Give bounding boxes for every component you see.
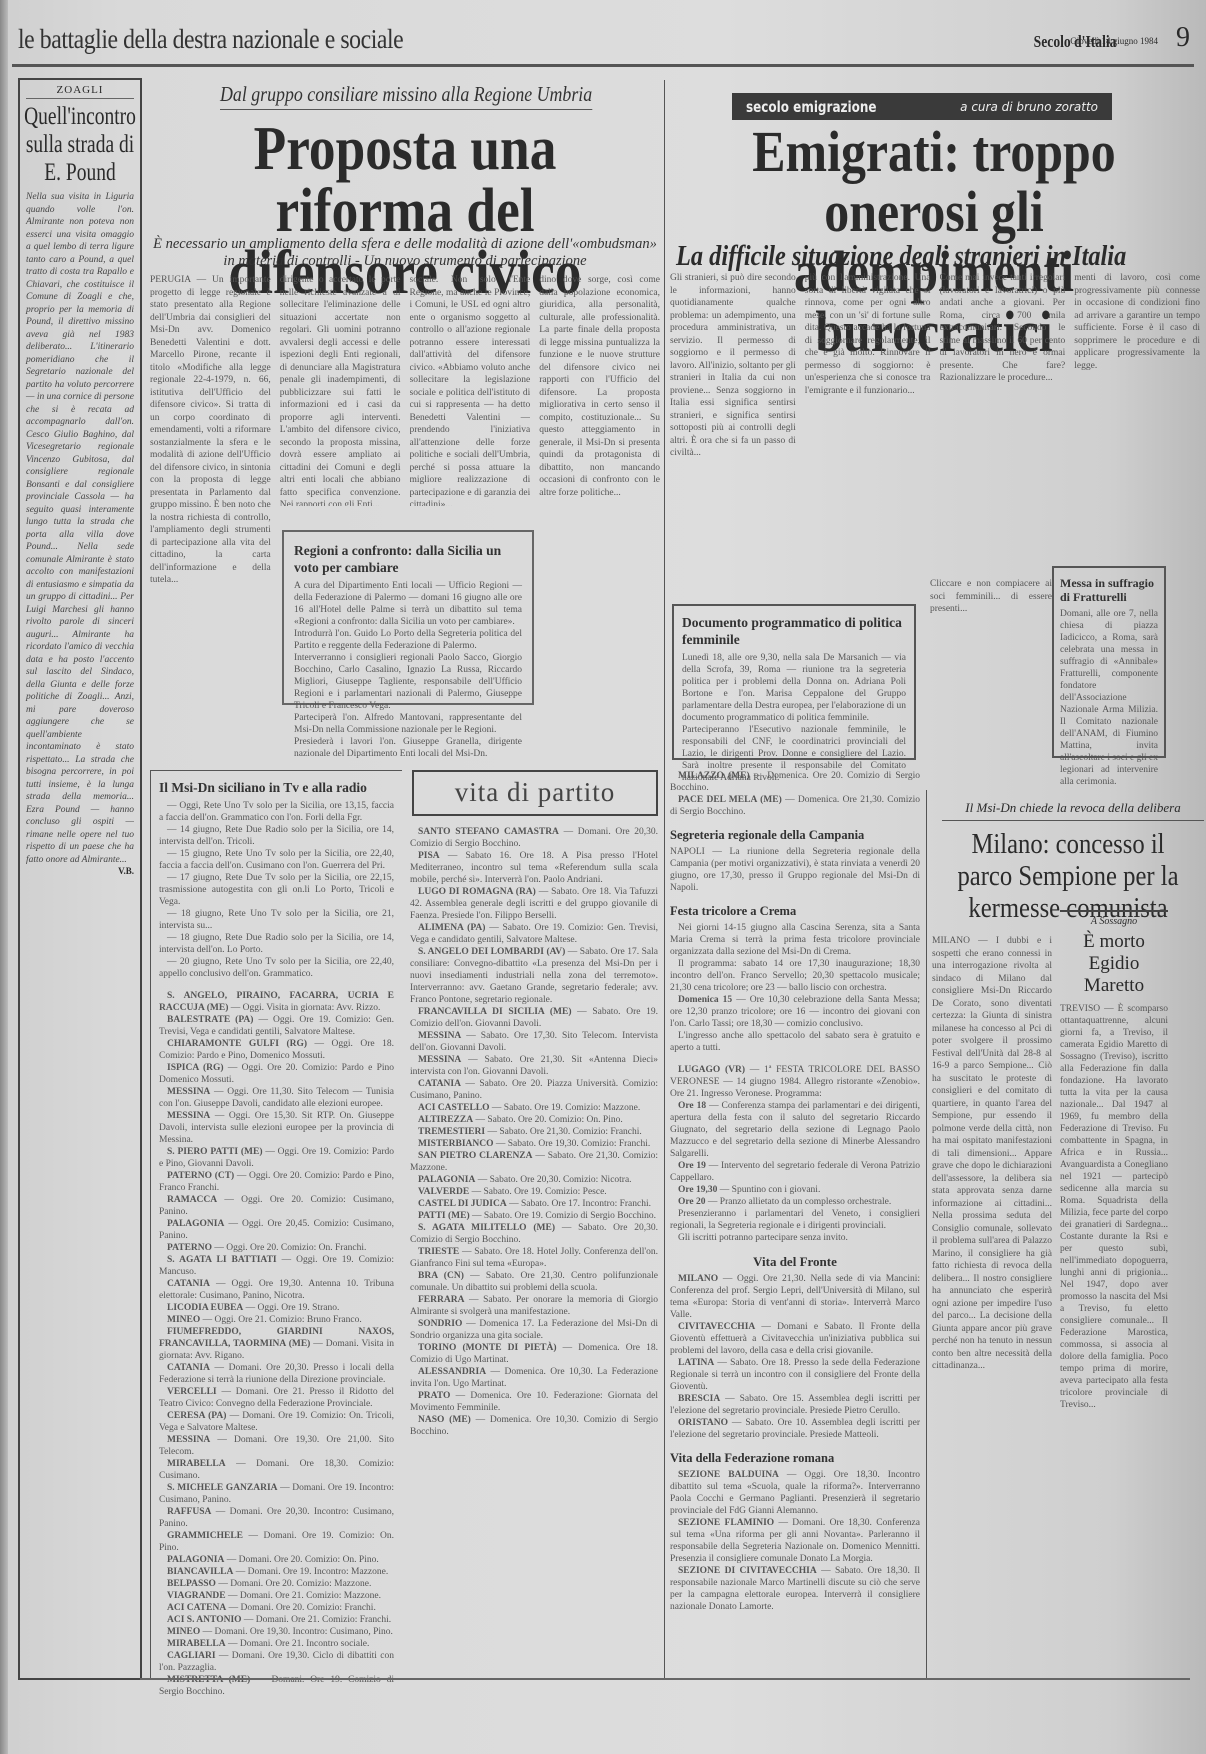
event-listing-item: MILAZZO (ME) — Domenica. Ore 20. Comizio… [670, 770, 920, 794]
politica-femminile-box: Documento programmatico di politica femm… [672, 604, 916, 760]
event-listing-item: PISA — Sabato 16. Ore 18. A Pisa presso … [410, 850, 658, 886]
zoagli-signature: V.B. [26, 866, 134, 876]
event-listing-item: LICODIA EUBEA — Oggi. Ore 19. Strano. [159, 1302, 394, 1314]
event-listing-item: S. ANGELO, PIRAINO, FACARRA, UCRIA E RAC… [159, 990, 394, 1014]
event-listing-item: PALAGONIA — Sabato. Ore 20,30. Comizio: … [410, 1174, 658, 1186]
umbria-subhead: È necessario un ampliamento della sfera … [148, 236, 662, 270]
event-listing-item: FRANCAVILLA DI SICILIA (ME) — Sabato. Or… [410, 1006, 658, 1030]
fronte-body: MILANO — Oggi. Ore 21,30. Nella sede di … [670, 1273, 920, 1441]
fronte-listing-item: LATINA — Sabato. Ore 18. Presso la sede … [670, 1357, 920, 1393]
event-listing-item: FERRARA — Sabato. Per onorare la memoria… [410, 1294, 658, 1318]
femminile-box-title: Documento programmatico di politica femm… [682, 614, 906, 648]
crema-paragraph: Domenica 15 — Ore 10,30 celebrazione del… [670, 994, 920, 1030]
zoagli-headline: Quell'incontro sulla strada di E. Pound [24, 103, 136, 187]
event-listing-item: ALTIREZZA — Sabato. Ore 20. Comizio: On.… [410, 1114, 658, 1126]
event-listing-item: VIAGRANDE — Domani. Ore 21. Comizio: Maz… [159, 1590, 394, 1602]
event-listing-item: ALESSANDRIA — Domenica. Ore 10,30. La Fe… [410, 1366, 658, 1390]
umbria-kicker: Dal gruppo consiliare missino alla Regio… [220, 82, 592, 110]
event-listing-item: PRATO — Domenica. Ore 10. Federazione: G… [410, 1390, 658, 1414]
msi-tv-radio-column: Il Msi-Dn siciliano in Tv e alla radio —… [150, 770, 402, 1680]
umbria-column-3: sociale. Non solo l'Ente Regione, ma anc… [410, 274, 531, 506]
event-listing-item: PALAGONIA — Domani. Ore 20. Comizio: On.… [159, 1554, 394, 1566]
federazione-listing-item: SEZIONE DI CIVITAVECCHIA — Sabato. Ore 1… [670, 1565, 920, 1613]
crema-paragraph: Nei giorni 14-15 giugno alla Cascina Ser… [670, 922, 920, 958]
sicilia-box-title: Regioni a confronto: dalla Sicilia un vo… [294, 542, 522, 576]
event-listing-item: VERCELLI — Domani. Ore 21. Presso il Rid… [159, 1386, 394, 1410]
event-listing-item: ACI CASTELLO — Sabato. Ore 19. Comizio: … [410, 1102, 658, 1114]
event-listing-item: MESSINA — Oggi. Ore 11,30. Sito Telecom … [159, 1086, 394, 1110]
masthead-rule [12, 64, 1194, 67]
lugago-body: LUGAGO (VR) — 1ª FESTA TRICOLORE DEL BAS… [670, 1064, 920, 1244]
event-listing-item: BELPASSO — Domani. Ore 20. Comizio: Mazz… [159, 1578, 394, 1590]
lugago-paragraph: Presenzieranno i parlamentari del Veneto… [670, 1208, 920, 1232]
federazione-romana-title: Vita della Federazione romana [670, 1451, 920, 1466]
emigrazione-body-columns: Gli stranieri, si può dire secondo le in… [670, 272, 1200, 542]
event-listing-item: PACE DEL MELA (ME) — Domenica. Ore 21,30… [670, 794, 920, 818]
sicilia-paragraph: Parteciperà l'on. Alfredo Mantovani, rap… [294, 712, 522, 736]
event-listing-item: GRAMMICHELE — Domani. Ore 19. Comizio: O… [159, 1530, 394, 1554]
column-divider [664, 80, 665, 1680]
fronte-listing-item: MILANO — Oggi. Ore 21,30. Nella sede di … [670, 1273, 920, 1321]
event-listing-item: TREMESTIERI — Sabato. Ore 21,30. Comizio… [410, 1126, 658, 1138]
umbria-column-2: dirigente o accertato le porte nelle ric… [280, 274, 401, 506]
lugago-paragraph: Ore 18 — Conferenza stampa dei parlament… [670, 1100, 920, 1160]
event-listing-item: NASO (ME) — Domenica. Ore 10,30. Comizio… [410, 1414, 658, 1438]
event-listing-item: MESSINA — Domani. Ore 19,30. Ore 21,00. … [159, 1434, 394, 1458]
party-news-column: MILAZZO (ME) — Domenica. Ore 20. Comizio… [670, 770, 920, 1670]
fratturelli-body: Domani, alle ore 7, nella chiesa di piaz… [1060, 608, 1158, 788]
lugago-paragraph: Gli iscritti potranno partecipare senza … [670, 1232, 920, 1244]
tv-listing-item: — 18 giugno, Rete Due Radio solo per la … [159, 932, 394, 956]
event-listing-item: BIANCAVILLA — Domani. Ore 19. Incontro: … [159, 1566, 394, 1578]
emigrazione-column-3-continued: Cliccare e non compiacere ai soci femmin… [930, 578, 1052, 760]
event-listing-item: LUGO DI ROMAGNA (RA) — Sabato. Ore 18. V… [410, 886, 658, 922]
maretto-obituary: A Sossagno È morto Egidio Maretto TREVIS… [1060, 910, 1168, 1680]
sicilia-paragraph: Interverranno i consiglieri regionali Pa… [294, 652, 522, 712]
crema-paragraph: L'ingresso anche allo spettacolo del sab… [670, 1030, 920, 1054]
sicilia-paragraph: A cura del Dipartimento Enti locali — Uf… [294, 580, 522, 628]
bottom-rule [140, 1678, 1190, 1680]
event-listing-item: BRA (CN) — Sabato. Ore 21,30. Centro pol… [410, 1270, 658, 1294]
zoagli-body: Nella sua visita in Liguria quando volle… [26, 191, 134, 866]
event-listing-item: SAN PIETRO CLARENZA — Sabato. Ore 21,30.… [410, 1150, 658, 1174]
event-listing-item: MESSINA — Oggi. Ore 15,30. Sit RTP. On. … [159, 1110, 394, 1146]
column-divider [926, 790, 927, 1680]
crema-paragraph: Il programma: sabato 14 ore 17,30 inaugu… [670, 958, 920, 994]
vita-items: SANTO STEFANO CAMASTRA — Domani. Ore 20,… [410, 826, 658, 1676]
event-listing-item: CATANIA — Domani. Ore 20,30. Presso i lo… [159, 1362, 394, 1386]
section-masthead: le battaglie della destra nazionale e so… [18, 24, 403, 55]
event-listing-item: ISPICA (RG) — Oggi. Ore 20. Comizio: Par… [159, 1062, 394, 1086]
vita-di-partito-banner: vita di partito [412, 770, 658, 816]
event-listing-item: RAFFUSA — Domani. Ore 20,30. Incontro: C… [159, 1506, 394, 1530]
femminile-paragraph: Lunedì 18, alle ore 9,30, nella sala De … [682, 652, 906, 724]
vita-di-partito-listings: SANTO STEFANO CAMASTRA — Domani. Ore 20,… [410, 826, 658, 1676]
event-listing-item: CERESA (PA) — Domani. Ore 19. Comizio: O… [159, 1410, 394, 1434]
fratturelli-title: Messa in suffragio di Fratturelli [1060, 576, 1158, 604]
event-listing-item: CASTEL DI JUDICA — Sabato. Ore 17. Incon… [410, 1198, 658, 1210]
event-listing-item: TORINO (MONTE DI PIETÀ) — Domenica. Ore … [410, 1342, 658, 1366]
event-listing-item: PATERNO (CT) — Oggi. Ore 20. Comizio: Pa… [159, 1170, 394, 1194]
emigrazione-subhead: La difficile situazione degli stranieri … [676, 240, 1113, 273]
emigrazione-column-3: Come mai invece tanti irregolari (lavora… [940, 272, 1066, 542]
event-listing-item: ACI S. ANTONIO — Domani. Ore 21. Comizio… [159, 1614, 394, 1626]
milano-kicker: Il Msi-Dn chiede la revoca della deliber… [942, 800, 1204, 821]
event-listing-item: S. AGATA LI BATTIATI — Oggi. Ore 19. Com… [159, 1254, 394, 1278]
zoagli-article-box: ZOAGLI Quell'incontro sulla strada di E.… [18, 78, 142, 1680]
tv-listing-item: — 15 giugno, Rete Uno Tv solo per la Sic… [159, 848, 394, 872]
zoagli-kicker: ZOAGLI [26, 84, 134, 99]
event-listing-item: S. PIERO PATTI (ME) — Oggi. Ore 19. Comi… [159, 1146, 394, 1170]
umbria-column-4: dino dove sorge, così come dalla popolaz… [539, 274, 660, 684]
sicilia-paragraph: Presiederà i lavori l'on. Giuseppe Grane… [294, 736, 522, 760]
maretto-body: TREVISO — È scomparso ottantaquattrenne,… [1060, 1003, 1168, 1411]
crema-body: Nei giorni 14-15 giugno alla Cascina Ser… [670, 922, 920, 1054]
event-listing-item: CATANIA — Sabato. Ore 20. Piazza Univers… [410, 1078, 658, 1102]
lugago-paragraph: LUGAGO (VR) — 1ª FESTA TRICOLORE DEL BAS… [670, 1064, 920, 1100]
tv-listing-item: — 20 giugno, Rete Uno Tv solo per la Sic… [159, 956, 394, 980]
event-listing-item: SONDRIO — Domenica 17. La Federazione de… [410, 1318, 658, 1342]
milano-body: MILANO — I dubbi e i sospetti che erano … [932, 935, 1052, 1675]
event-listing-item: VALVERDE — Sabato. Ore 19. Comizio: Pesc… [410, 1186, 658, 1198]
event-listing-item: BALESTRATE (PA) — Oggi. Ore 19. Comizio:… [159, 1014, 394, 1038]
tv-listing-item: — 14 giugno, Rete Due Radio solo per la … [159, 824, 394, 848]
maretto-kicker: A Sossagno [1060, 916, 1168, 927]
page-binding-edge [0, 0, 8, 1754]
tv-listing-item: — 17 giugno, Rete Due Tv solo per la Sic… [159, 872, 394, 908]
fronte-listing-item: BRESCIA — Sabato. Ore 15. Assemblea degl… [670, 1393, 920, 1417]
issue-date: Giovedì 14 giugno 1984 [1070, 36, 1158, 46]
event-listing-item: TRIESTE — Sabato. Ore 18. Hotel Jolly. C… [410, 1246, 658, 1270]
federazione-listing-item: SEZIONE FLAMINIO — Domani. Ore 18,30. Co… [670, 1517, 920, 1565]
federazione-listing-item: SEZIONE BALDUINA — Oggi. Ore 18,30. Inco… [670, 1469, 920, 1517]
event-listing-item: PALAGONIA — Oggi. Ore 20,45. Comizio: Cu… [159, 1218, 394, 1242]
campania-title: Segreteria regionale della Campania [670, 828, 920, 843]
secolo-emigrazione-banner: secolo emigrazione a cura di bruno zorat… [732, 93, 1112, 120]
fratturelli-box: Messa in suffragio di Fratturelli Domani… [1052, 566, 1166, 758]
page-number: 9 [1176, 22, 1190, 54]
event-listing-item: FIUMEFREDDO, GIARDINI NAXOS, FRANCAVILLA… [159, 1326, 394, 1362]
event-listing-item: ACI CATENA — Domani. Ore 20. Comizio: Fr… [159, 1602, 394, 1614]
event-listing-item: RAMACCA — Oggi. Ore 20. Comizio: Cusiman… [159, 1194, 394, 1218]
event-listing-item: MESSINA — Sabato. Ore 17,30. Sito Teleco… [410, 1030, 658, 1054]
event-listing-item: S. ANGELO DEI LOMBARDI (AV) — Sabato. Or… [410, 946, 658, 1006]
event-listing-item: CAGLIARI — Domani. Ore 19,30. Ciclo di d… [159, 1650, 394, 1674]
maretto-headline: È morto Egidio Maretto [1060, 931, 1168, 997]
emigrazione-column-1: Gli stranieri, si può dire secondo le in… [670, 272, 796, 542]
msi-tv-title: Il Msi-Dn siciliano in Tv e alla radio [159, 779, 394, 796]
mid-top-items: MILAZZO (ME) — Domenica. Ore 20. Comizio… [670, 770, 920, 818]
sicilia-regioni-box: Regioni a confronto: dalla Sicilia un vo… [282, 530, 534, 705]
lugago-paragraph: Ore 19 — Intervento del segretario feder… [670, 1160, 920, 1184]
campania-body: NAPOLI — La riunione della Segreteria re… [670, 846, 920, 894]
sicilia-paragraph: Introdurrà l'on. Guido Lo Porto della Se… [294, 628, 522, 652]
event-listing-item: MINEO — Oggi. Ore 21. Comizio: Bruno Fra… [159, 1314, 394, 1326]
event-listing-item: S. AGATA MILITELLO (ME) — Sabato. Ore 20… [410, 1222, 658, 1246]
msi-tv-events: S. ANGELO, PIRAINO, FACARRA, UCRIA E RAC… [159, 990, 394, 1698]
event-listing-item: MISTERBIANCO — Sabato. Ore 19,30. Comizi… [410, 1138, 658, 1150]
event-listing-item: SANTO STEFANO CAMASTRA — Domani. Ore 20,… [410, 826, 658, 850]
lugago-paragraph: Ore 19,30 — Spuntino con i giovani. [670, 1184, 920, 1196]
tv-listing-item: — 18 giugno, Rete Uno Tv solo per la Sic… [159, 908, 394, 932]
fronte-listing-item: ORISTANO — Sabato. Ore 10. Assemblea deg… [670, 1417, 920, 1441]
emigrazione-banner-title: secolo emigrazione [746, 98, 877, 116]
fronte-title: Vita del Fronte [670, 1254, 920, 1270]
event-listing-item: PATTI (ME) — Sabato. Ore 19. Comizio di … [410, 1210, 658, 1222]
emigrazione-banner-editor: a cura di bruno zoratto [960, 100, 1098, 114]
crema-title: Festa tricolore a Crema [670, 904, 920, 919]
emigrazione-column-4: menti di lavoro, così come progressivame… [1074, 272, 1200, 542]
event-listing-item: PATERNO — Oggi. Ore 20. Comizio: On. Fra… [159, 1242, 394, 1254]
event-listing-item: CATANIA — Oggi. Ore 19,30. Antenna 10. T… [159, 1278, 394, 1302]
tv-listing-item: — Oggi, Rete Uno Tv solo per la Sicilia,… [159, 800, 394, 824]
event-listing-item: ALIMENA (PA) — Sabato. Ore 19. Comizio: … [410, 922, 658, 946]
event-listing-item: MIRABELLA — Domani. Ore 21. Incontro soc… [159, 1638, 394, 1650]
event-listing-item: MIRABELLA — Domani. Ore 18,30. Comizio: … [159, 1458, 394, 1482]
event-listing-item: MESSINA — Sabato. Ore 21,30. Sit «Antenn… [410, 1054, 658, 1078]
event-listing-item: MINEO — Domani. Ore 19,30. Incontro: Cus… [159, 1626, 394, 1638]
event-listing-item: CHIARAMONTE GULFI (RG) — Oggi. Ore 18. C… [159, 1038, 394, 1062]
federazione-romana-body: SEZIONE BALDUINA — Oggi. Ore 18,30. Inco… [670, 1469, 920, 1613]
emigrazione-column-2: più con l'amministrazione. Una sorta di … [805, 272, 931, 542]
lugago-paragraph: Ore 20 — Pranzo allietato da un compless… [670, 1196, 920, 1208]
fronte-listing-item: CIVITAVECCHIA — Domani e Sabato. Il Fron… [670, 1321, 920, 1357]
umbria-column-1: PERUGIA — Un importante progetto di legg… [150, 274, 271, 684]
event-listing-item: S. MICHELE GANZARIA — Domani. Ore 19. In… [159, 1482, 394, 1506]
msi-tv-items: — Oggi, Rete Uno Tv solo per la Sicilia,… [159, 800, 394, 980]
